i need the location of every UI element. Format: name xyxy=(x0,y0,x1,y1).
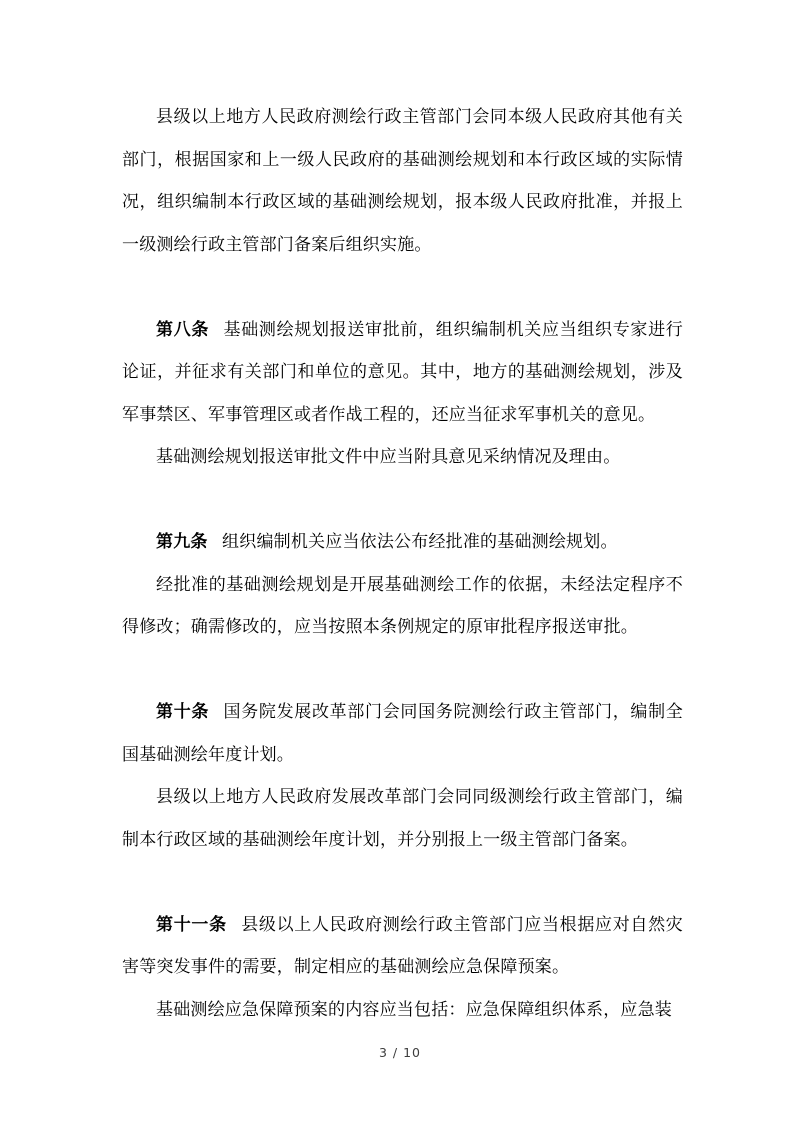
paragraph: 县级以上地方人民政府发展改革部门会同同级测绘行政主管部门，编制本行政区域的基础测… xyxy=(122,776,683,861)
article-number: 第十一条 xyxy=(156,915,227,935)
paragraph-text: 基础测绘应急保障预案的内容应当包括：应急保障组织体系，应急装 xyxy=(156,1000,672,1020)
paragraph: 第十一条县级以上人民政府测绘行政主管部门应当根据应对自然灾害等突发事件的需要，制… xyxy=(122,904,683,989)
article-section: 第九条组织编制机关应当依法公布经批准的基础测绘规划。经批准的基础测绘规划是开展基… xyxy=(122,521,683,649)
paragraph: 第八条基础测绘规划报送审批前，组织编制机关应当组织专家进行论证，并征求有关部门和… xyxy=(122,309,683,437)
article-section: 第十条国务院发展改革部门会同国务院测绘行政主管部门，编制全国基础测绘年度计划。县… xyxy=(122,691,683,861)
paragraph: 基础测绘应急保障预案的内容应当包括：应急保障组织体系，应急装 xyxy=(122,989,683,1032)
article-section: 县级以上地方人民政府测绘行政主管部门会同本级人民政府其他有关部门，根据国家和上一… xyxy=(122,96,683,266)
article-section: 第十一条县级以上人民政府测绘行政主管部门应当根据应对自然灾害等突发事件的需要，制… xyxy=(122,904,683,1032)
paragraph-text: 县级以上地方人民政府发展改革部门会同同级测绘行政主管部门，编制本行政区域的基础测… xyxy=(122,787,683,850)
paragraph-text: 组织编制机关应当依法公布经批准的基础测绘规划。 xyxy=(222,532,618,552)
paragraph: 经批准的基础测绘规划是开展基础测绘工作的依据，未经法定程序不得修改；确需修改的，… xyxy=(122,564,683,649)
article-section: 第八条基础测绘规划报送审批前，组织编制机关应当组织专家进行论证，并征求有关部门和… xyxy=(122,309,683,479)
paragraph-text: 经批准的基础测绘规划是开展基础测绘工作的依据，未经法定程序不得修改；确需修改的，… xyxy=(122,575,683,638)
paragraph: 第十条国务院发展改革部门会同国务院测绘行政主管部门，编制全国基础测绘年度计划。 xyxy=(122,691,683,776)
document-body: 县级以上地方人民政府测绘行政主管部门会同本级人民政府其他有关部门，根据国家和上一… xyxy=(122,96,683,1031)
paragraph: 县级以上地方人民政府测绘行政主管部门会同本级人民政府其他有关部门，根据国家和上一… xyxy=(122,96,683,266)
paragraph-text: 基础测绘规划报送审批文件中应当附具意见采纳情况及理由。 xyxy=(156,447,620,467)
paragraph-text: 县级以上地方人民政府测绘行政主管部门会同本级人民政府其他有关部门，根据国家和上一… xyxy=(122,107,683,255)
paragraph: 第九条组织编制机关应当依法公布经批准的基础测绘规划。 xyxy=(122,521,683,564)
article-number: 第十条 xyxy=(156,702,209,722)
article-number: 第九条 xyxy=(156,532,208,552)
paragraph: 基础测绘规划报送审批文件中应当附具意见采纳情况及理由。 xyxy=(122,436,683,479)
page-number: 3 / 10 xyxy=(0,1044,800,1062)
article-number: 第八条 xyxy=(156,320,209,340)
